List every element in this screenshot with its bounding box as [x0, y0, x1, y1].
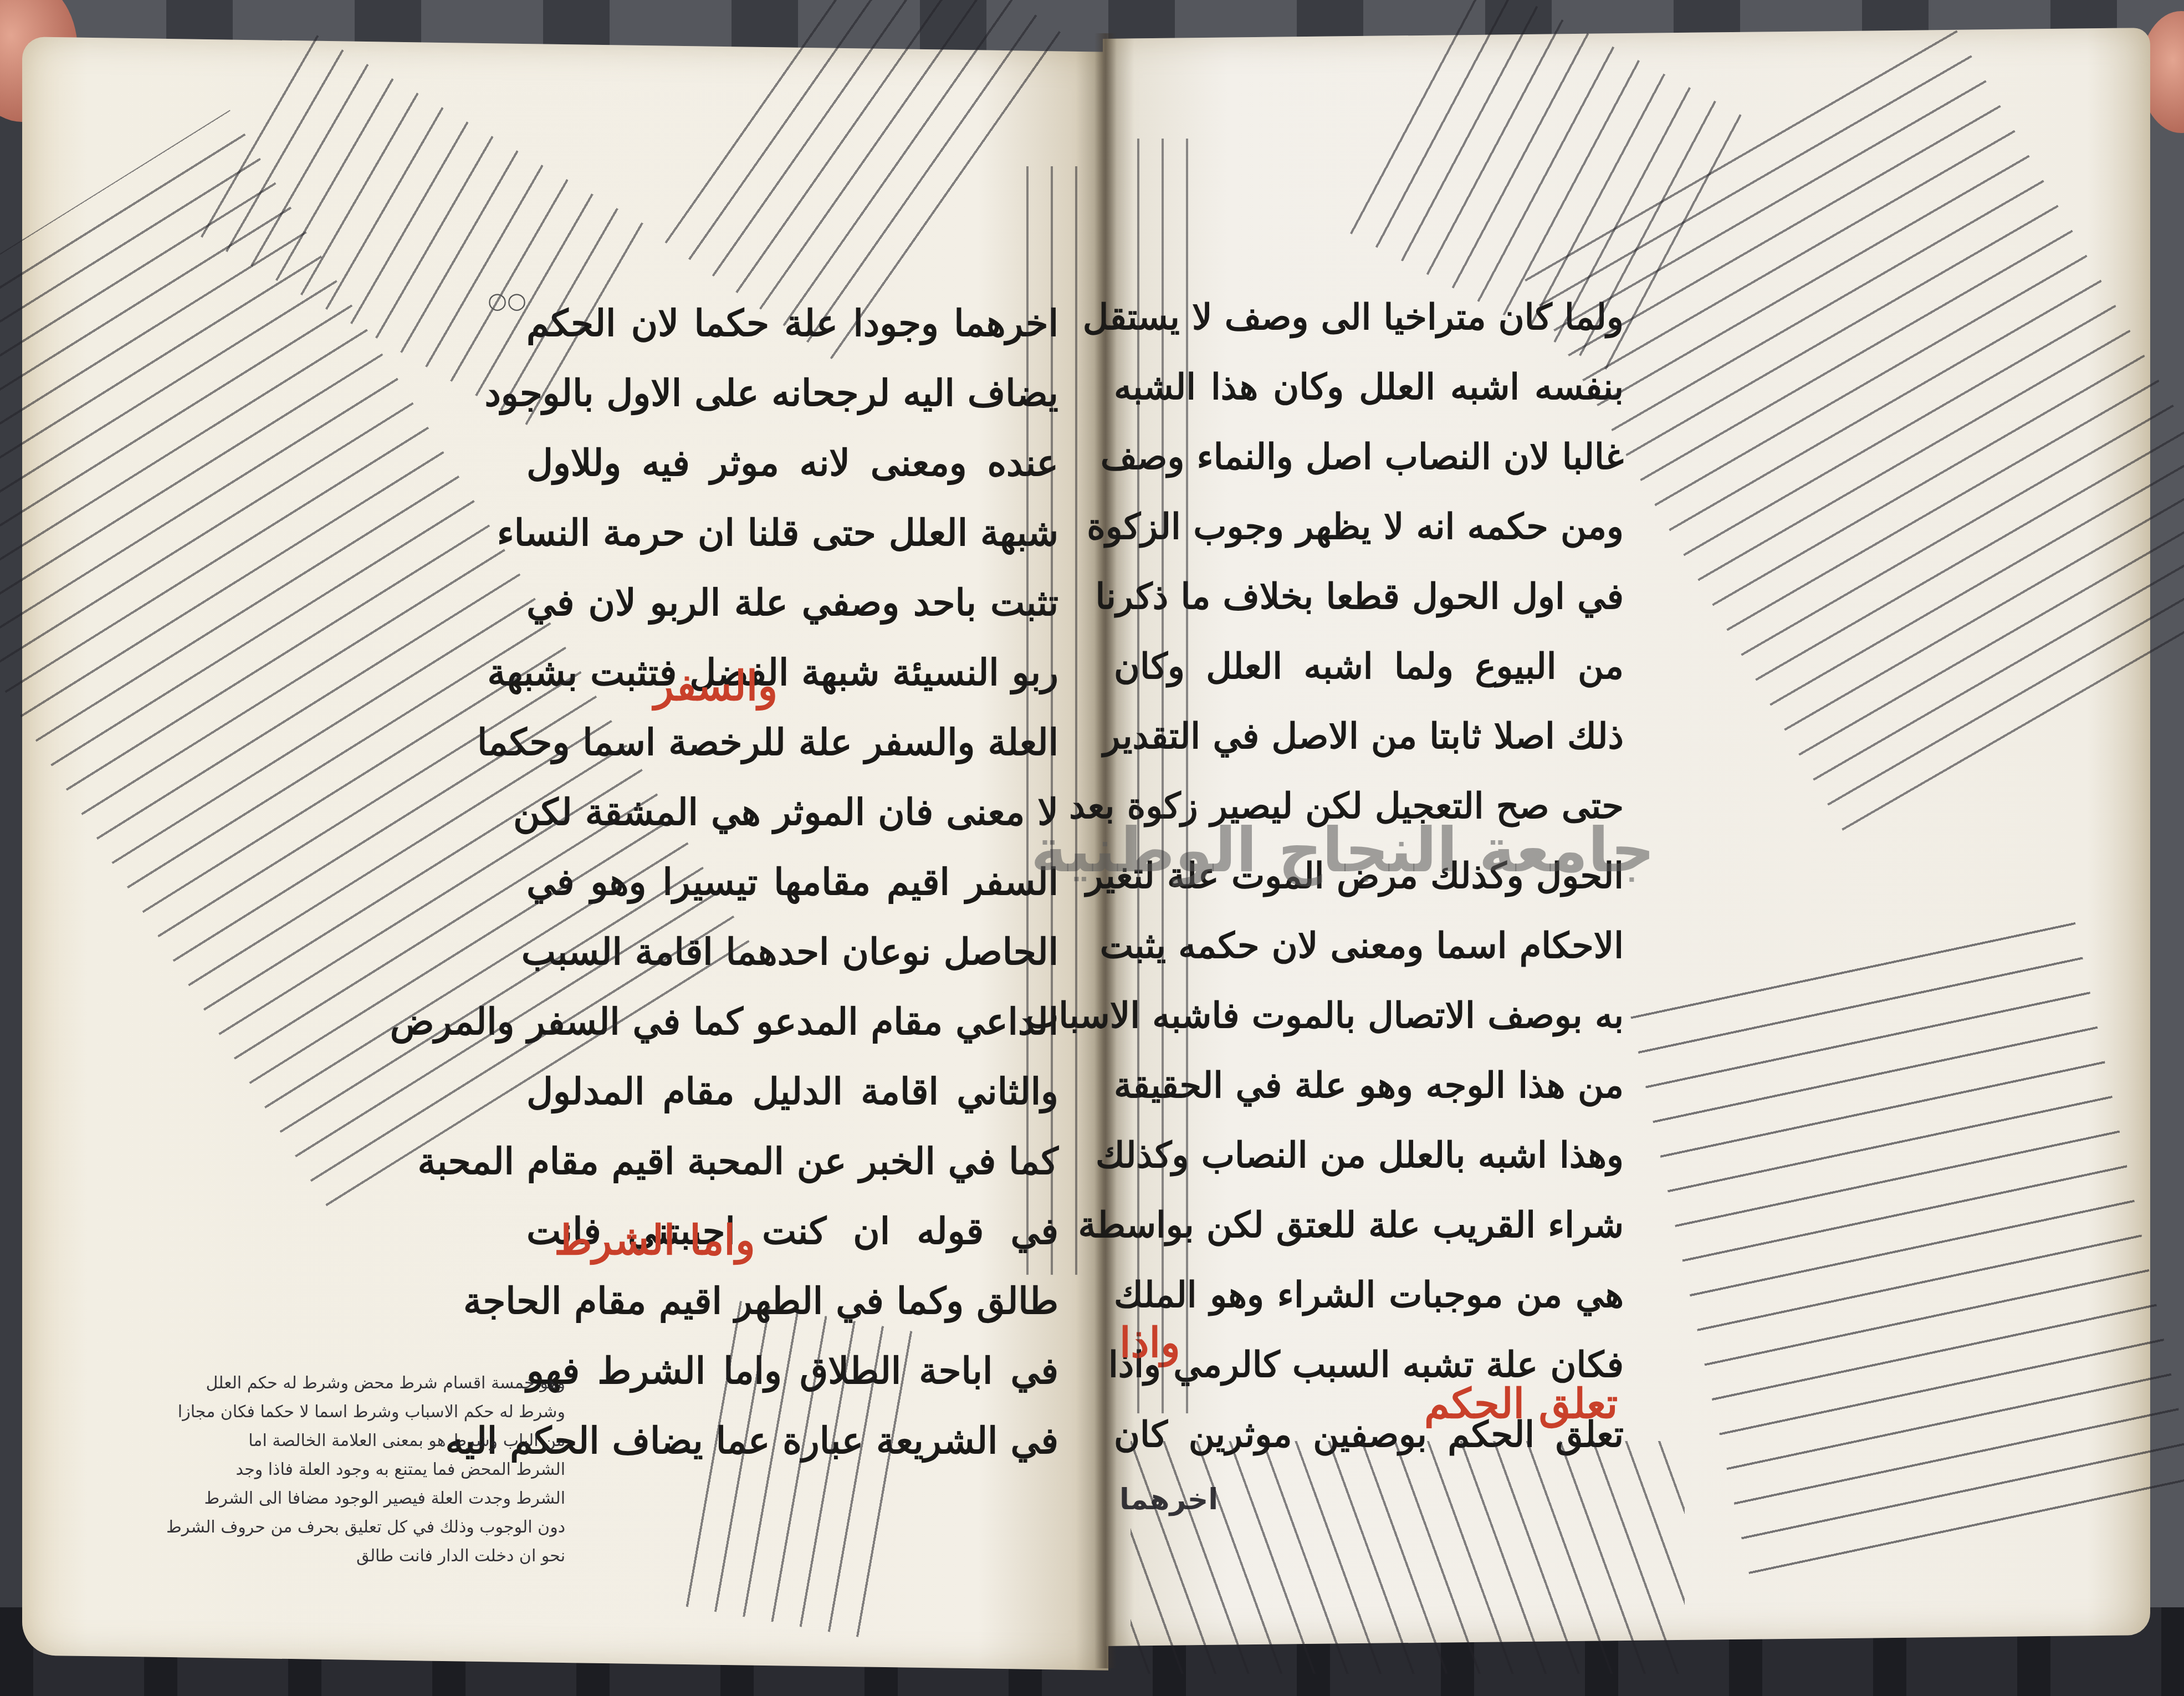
gloss-line: وشرط له حكم الاسباب وشرط اسما لا حكما فك…: [166, 1398, 565, 1427]
gloss-line: نحو ان دخلت الدار فانت طالق: [166, 1542, 565, 1571]
text-line: تثبت باحد وصفي علة الربو لان في: [526, 568, 1058, 637]
gloss-line: الشرط وجدت العلة فيصير الوجود مضافا الى …: [166, 1484, 565, 1513]
text-line: ربو النسيئة شبهة الفضل فتثبت بشبهة: [526, 637, 1058, 707]
gloss-line: دون الوجوب وذلك في كل تعليق بحرف من حروف…: [166, 1513, 565, 1542]
circle-mark-icon: ○○: [488, 288, 526, 314]
rubric-wa-al-safar: والسفر: [654, 662, 778, 710]
text-line: عنده ومعنى لانه موثر فيه وللاول: [526, 428, 1058, 498]
gloss-line: الشرط المحض فما يمتنع به وجود العلة فاذا…: [166, 1455, 565, 1484]
gloss-line: من الباب وشرط هو بمعنى العلامة الخالصة ا…: [166, 1427, 565, 1455]
text-line: والثاني اقامة الدليل مقام المدلول: [526, 1056, 1058, 1126]
left-bottom-gloss: وهو خمسة اقسام شرط محض وشرط له حكم العلل…: [166, 1369, 565, 1571]
gloss-line: وهو خمسة اقسام شرط محض وشرط له حكم العلل: [166, 1369, 565, 1398]
text-line: يضاف اليه لرجحانه على الاول بالوجود: [526, 358, 1058, 428]
rubric-wa-amma-al-shart: واما الشرط: [554, 1217, 755, 1264]
inner-margin-gloss-right: [1125, 139, 1208, 1413]
right-bottom-gloss-word: اخرهما: [1119, 1485, 1218, 1514]
text-line: كما في الخبر عن المحبة اقيم مقام المحبة: [526, 1126, 1058, 1196]
text-line: شبهة العلل حتى قلنا ان حرمة النساء: [526, 498, 1058, 568]
university-watermark: جامعة النجاح الوطنية: [1031, 815, 1655, 886]
inner-margin-gloss-left: [1014, 166, 1092, 1275]
right-bottom-gloss-block: [1131, 1441, 1685, 1674]
rubric-taalluq-al-hukm: تعلق الحكم: [1424, 1380, 1618, 1428]
